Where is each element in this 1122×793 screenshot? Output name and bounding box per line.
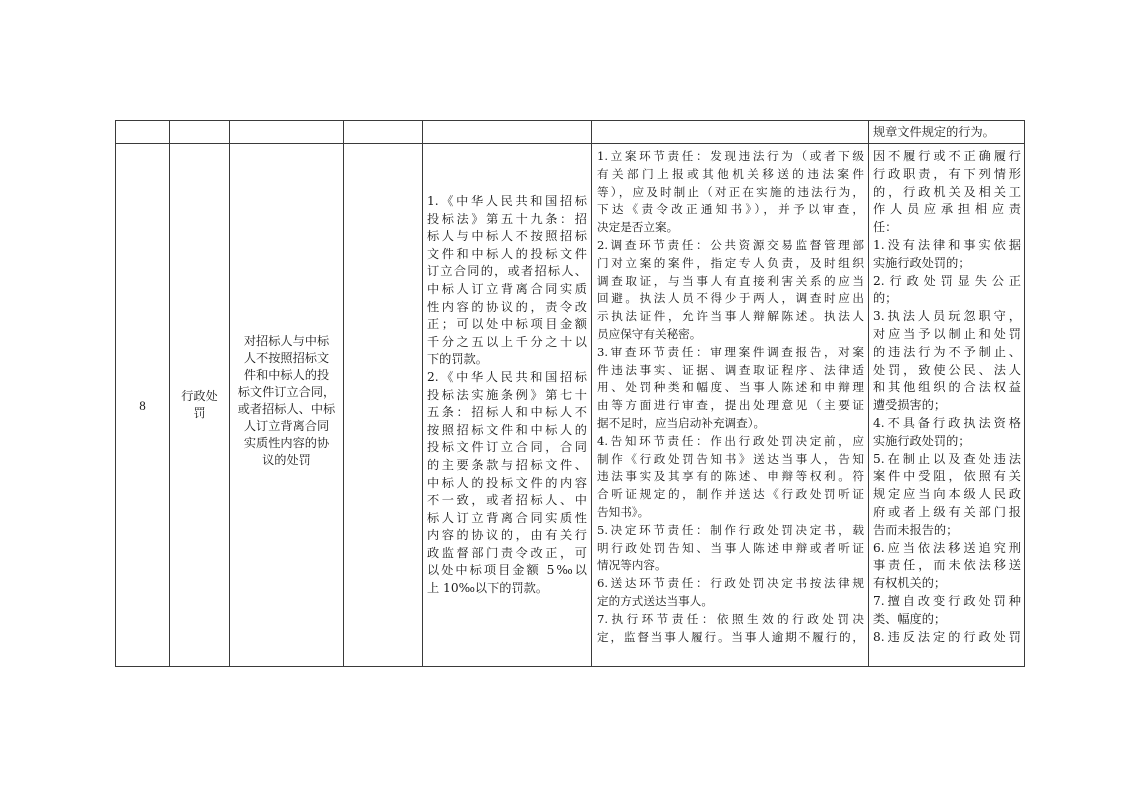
accountability-line: 4.不具备行政执法资格 — [873, 415, 1021, 433]
accountability-line: 遭受损害的； — [873, 397, 1021, 415]
responsibility-line: 违法事实及其享有的陈述、申辩等权利。符 — [597, 468, 864, 486]
legal-basis-line: 下的罚款。 — [427, 351, 587, 369]
category-cell: 行政处 罚 — [170, 388, 229, 422]
item-name-line: 或者招标人、中标 — [230, 401, 343, 418]
accountability-line: 作人员应承担相应责 — [873, 201, 1021, 219]
responsibility-line: 6.送达环节责任：行政处罚决定书按法律规 — [597, 575, 864, 593]
item-name-line: 人不按照招标文 — [230, 350, 343, 367]
accountability-line: 的，行政机关及相关工 — [873, 184, 1021, 202]
serial-number: 8 — [116, 397, 169, 414]
legal-basis-line: 1.《中华人民共和国招标 — [427, 193, 587, 211]
accountability-line: 有权机关的； — [873, 575, 1021, 593]
item-name-line: 对招标人与中标 — [230, 333, 343, 350]
accountability-line: 和其他组织的合法权益 — [873, 379, 1021, 397]
accountability-line: 2.行政处罚显失公正 — [873, 273, 1021, 291]
legal-basis-line: 的主要条款与招标文件、 — [427, 457, 587, 475]
accountability-line: 行政职责，有下列情形 — [873, 166, 1021, 184]
responsibility-line: 7.执行环节责任：依照生效的行政处罚决 — [597, 611, 864, 629]
responsibility-line: 件违法事实、证据、调查取证程序、法律适 — [597, 362, 864, 380]
accountability-line: 因不履行或不正确履行 — [873, 148, 1021, 166]
accountability-line: 案件中受阻，依照有关 — [873, 468, 1021, 486]
document-page: 规章文件规定的行为。 8 行政处 罚 对招标人与中标 人不按照招标文 件和中标人… — [0, 0, 1122, 793]
responsibility-table: 规章文件规定的行为。 8 行政处 罚 对招标人与中标 人不按照招标文 件和中标人… — [115, 120, 1025, 667]
responsibility-line: 调查取证，与当事人有直接利害关系的应当 — [597, 273, 864, 291]
responsibility-line: 制作《行政处罚告知书》送达当事人，告知 — [597, 451, 864, 469]
legal-basis-cell: 1.《中华人民共和国招标 投标法》第五十九条：招 标人与中标人不按照招标 文件和… — [427, 193, 587, 598]
accountability-line: 7.擅自改变行政处罚种 — [873, 593, 1021, 611]
responsibility-line: 告知书》。 — [597, 504, 864, 522]
accountability-line: 告而未报告的； — [873, 522, 1021, 540]
responsibility-line: 定，监督当事人履行。当事人逾期不履行的， — [597, 629, 864, 647]
item-name-line: 标文件订立合同， — [230, 384, 343, 401]
responsibility-line: 5.决定环节责任：制作行政处罚决定书，载 — [597, 522, 864, 540]
item-name-line: 人订立背离合同 — [230, 418, 343, 435]
legal-basis-line: 上 10‰以下的罚款。 — [427, 580, 587, 598]
serial-number-cell: 8 — [116, 397, 169, 414]
accountability-line: 6.应当依法移送追究刑 — [873, 540, 1021, 558]
item-name-line: 议的处罚 — [230, 452, 343, 469]
legal-basis-line: 投标法》第五十九条：招 — [427, 211, 587, 229]
responsibility-line: 情况等内容。 — [597, 557, 864, 575]
accountability-line: 5.在制止以及查处违法 — [873, 451, 1021, 469]
accountability-line: 处罚，致使公民、法人 — [873, 362, 1021, 380]
legal-basis-line: 文件和中标人的投标文件 — [427, 246, 587, 264]
legal-basis-line: 正；可以处中标项目金额 — [427, 316, 587, 334]
sub-item-cell — [344, 145, 422, 665]
responsibility-line: 1.立案环节责任：发现违法行为（或者下级 — [597, 148, 864, 166]
accountability-line: 的违法行为不予制止、 — [873, 344, 1021, 362]
legal-basis-line: 标人与中标人不按照招标 — [427, 228, 587, 246]
accountability-line: 对应当予以制止和处罚 — [873, 326, 1021, 344]
accountability-line: 3.执法人员玩忽职守， — [873, 308, 1021, 326]
responsibility-line: 据不足时，应当启动补充调查）。 — [597, 415, 864, 433]
responsibility-line: 示执法证件，允许当事人辩解陈述。执法人 — [597, 308, 864, 326]
column-divider — [868, 121, 869, 666]
responsibility-line: 4.告知环节责任：作出行政处罚决定前，应 — [597, 433, 864, 451]
responsibility-line: 用、处罚种类和幅度、当事人陈述和申辩理 — [597, 379, 864, 397]
accountability-line: 1.没有法律和事实依据 — [873, 237, 1021, 255]
responsibility-line: 2.调查环节责任：公共资源交易监督管理部 — [597, 237, 864, 255]
legal-basis-line: 投标法实施条例》第七十 — [427, 387, 587, 405]
responsibility-line: 3.审查环节责任：审理案件调查报告，对案 — [597, 344, 864, 362]
legal-basis-line: 按照招标文件和中标人的 — [427, 422, 587, 440]
responsibility-line: 等），应及时制止（对正在实施的违法行为， — [597, 184, 864, 202]
responsibility-line: 有关部门上报或其他机关移送的违法案件 — [597, 166, 864, 184]
row-divider — [116, 143, 1024, 144]
accountability-line: 事责任，而未依法移送 — [873, 557, 1021, 575]
responsibility-line: 下达《责令改正通知书》），并予以审查， — [597, 201, 864, 219]
category-line: 罚 — [170, 405, 229, 422]
legal-basis-line: 中标人订立背离合同实质 — [427, 281, 587, 299]
legal-basis-line: 2.《中华人民共和国招标 — [427, 369, 587, 387]
accountability-line: 任： — [873, 219, 1021, 237]
responsibility-line: 回避。执法人员不得少于两人，调查时应出 — [597, 290, 864, 308]
item-name-line: 实质性内容的协 — [230, 435, 343, 452]
accountability-line: 8.违反法定的行政处罚 — [873, 629, 1021, 647]
accountability-line: 实施行政处罚的； — [873, 433, 1021, 451]
legal-basis-line: 政监督部门责令改正，可 — [427, 545, 587, 563]
legal-basis-line: 订立合同的，或者招标人、 — [427, 263, 587, 281]
responsibility-cell: 1.立案环节责任：发现违法行为（或者下级 有关部门上报或其他机关移送的违法案件 … — [597, 148, 864, 646]
legal-basis-line: 投标文件订立合同，合同 — [427, 439, 587, 457]
legal-basis-line: 五条：招标人和中标人不 — [427, 404, 587, 422]
column-divider — [422, 121, 423, 666]
responsibility-line: 定的方式送达当事人。 — [597, 593, 864, 611]
accountability-line: 府或者上级有关部门报 — [873, 504, 1021, 522]
cell-text: 规章文件规定的行为。 — [873, 124, 1023, 141]
column-divider — [591, 121, 592, 666]
responsibility-line: 门对立案的案件，指定专人负责，及时组织 — [597, 255, 864, 273]
legal-basis-line: 千分之五以上千分之十以 — [427, 334, 587, 352]
accountability-line: 的； — [873, 290, 1021, 308]
legal-basis-line: 内容的协议的，由有关行 — [427, 527, 587, 545]
item-name-cell: 对招标人与中标 人不按照招标文 件和中标人的投 标文件订立合同， 或者招标人、中… — [230, 333, 343, 469]
accountability-line: 类、幅度的； — [873, 611, 1021, 629]
legal-basis-line: 标人订立背离合同实质性 — [427, 510, 587, 528]
category-line: 行政处 — [170, 388, 229, 405]
responsibility-line: 明行政处罚告知、当事人陈述申辩或者听证 — [597, 540, 864, 558]
item-name-line: 件和中标人的投 — [230, 367, 343, 384]
responsibility-line: 合听证规定的，制作并送达《行政处罚听证 — [597, 486, 864, 504]
accountability-line: 实施行政处罚的； — [873, 255, 1021, 273]
responsibility-line: 决定是否立案。 — [597, 219, 864, 237]
legal-basis-line: 不一致，或者招标人、中 — [427, 492, 587, 510]
accountability-line: 规定应当向本级人民政 — [873, 486, 1021, 504]
responsibility-line: 员应保守有关秘密。 — [597, 326, 864, 344]
responsibility-line: 由等方面进行审查，提出处理意见（主要证 — [597, 397, 864, 415]
legal-basis-line: 中标人的投标文件的内容 — [427, 475, 587, 493]
legal-basis-line: 性内容的协议的，责令改 — [427, 299, 587, 317]
accountability-cell: 因不履行或不正确履行 行政职责，有下列情形 的，行政机关及相关工 作人员应承担相… — [873, 148, 1021, 646]
legal-basis-line: 以处中标项目金额 5‰以 — [427, 562, 587, 580]
continuation-accountability-cell: 规章文件规定的行为。 — [873, 124, 1023, 141]
